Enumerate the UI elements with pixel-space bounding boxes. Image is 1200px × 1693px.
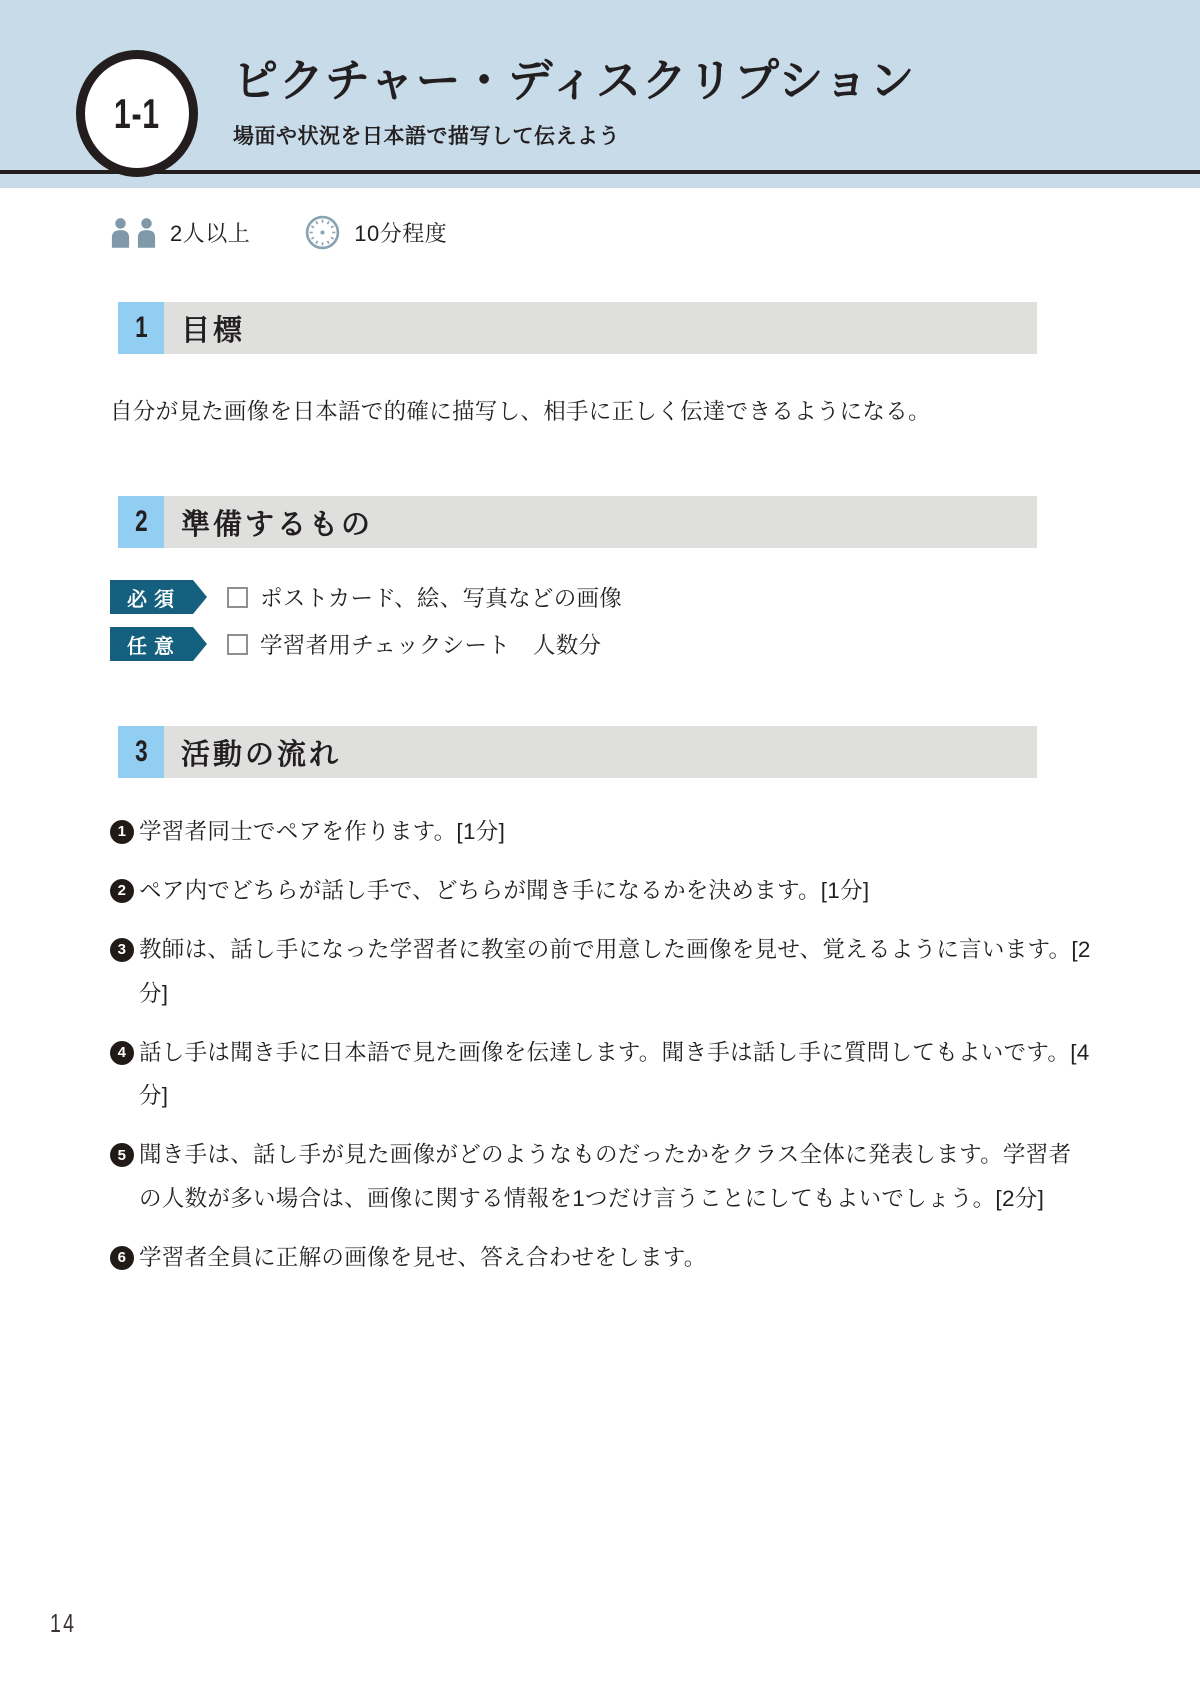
section-title: 目標 — [164, 302, 1037, 354]
material-item-required: 必須 ポストカード、絵、写真などの画像 — [110, 580, 1200, 614]
person-icon — [110, 217, 131, 248]
step-item: 5聞き手は、話し手が見た画像がどのようなものだったかをクラス全体に発表します。学… — [110, 1133, 1092, 1221]
step-item: 1学習者同士でペアを作ります。[1分] — [110, 810, 1092, 854]
person-icon — [136, 217, 157, 248]
step-item: 2ペア内でどちらが話し手で、どちらが聞き手になるかを決めます。[1分] — [110, 869, 1092, 913]
section-number-box: 3 — [118, 726, 164, 778]
step-text: 学習者同士でペアを作ります。[1分] — [139, 819, 505, 844]
header-divider-line — [0, 170, 1200, 174]
lesson-subtitle: 場面や状況を日本語で描写して伝えよう — [233, 120, 915, 150]
clock-icon — [304, 214, 341, 251]
header-text-block: ピクチャー・ディスクリプション 場面や状況を日本語で描写して伝えよう — [233, 56, 915, 150]
two-people-icon — [110, 217, 157, 248]
materials-section-heading: 2 準備するもの — [118, 496, 1037, 548]
goal-body-text: 自分が見た画像を日本語で的確に描写し、相手に正しく伝達できるようになる。 — [110, 394, 1090, 430]
step-text: 聞き手は、話し手が見た画像がどのようなものだったかをクラス全体に発表します。学習… — [139, 1142, 1071, 1211]
activity-steps-list: 1学習者同士でペアを作ります。[1分] 2ペア内でどちらが話し手で、どちらが聞き… — [110, 810, 1092, 1280]
goal-section-heading: 1 目標 — [118, 302, 1037, 354]
materials-section: 2 準備するもの 必須 ポストカード、絵、写真などの画像 任意 学習者用チェック… — [0, 496, 1200, 661]
lesson-title: ピクチャー・ディスクリプション — [233, 56, 915, 106]
material-item-optional: 任意 学習者用チェックシート 人数分 — [110, 627, 1200, 661]
step-item: 3教師は、話し手になった学習者に教室の前で用意した画像を見せ、覚えるように言いま… — [110, 928, 1092, 1016]
section-number-box: 1 — [118, 302, 164, 354]
section-title: 活動の流れ — [164, 726, 1037, 778]
lesson-number-circle: 1-1 — [76, 50, 198, 177]
step-text: 話し手は聞き手に日本語で見た画像を伝達します。聞き手は話し手に質問してもよいです… — [139, 1040, 1090, 1109]
step-number-badge: 1 — [110, 820, 134, 844]
step-item: 4話し手は聞き手に日本語で見た画像を伝達します。聞き手は話し手に質問してもよいで… — [110, 1031, 1092, 1119]
page-number: 14 — [50, 1608, 76, 1639]
goal-section: 1 目標 自分が見た画像を日本語で的確に描写し、相手に正しく伝達できるようになる… — [0, 302, 1200, 430]
step-number-badge: 2 — [110, 879, 134, 903]
step-number-badge: 6 — [110, 1246, 134, 1270]
page: 1-1 ピクチャー・ディスクリプション 場面や状況を日本語で描写して伝えよう 2… — [0, 0, 1200, 1693]
step-text: ペア内でどちらが話し手で、どちらが聞き手になるかを決めます。[1分] — [139, 878, 869, 903]
section-number: 3 — [135, 735, 148, 769]
step-text: 教師は、話し手になった学習者に教室の前で用意した画像を見せ、覚えるように言います… — [139, 937, 1091, 1006]
activity-section: 3 活動の流れ 1学習者同士でペアを作ります。[1分] 2ペア内でどちらが話し手… — [0, 726, 1200, 1280]
checkbox-icon — [227, 634, 248, 655]
section-number-box: 2 — [118, 496, 164, 548]
lesson-id: 1-1 — [114, 90, 160, 138]
step-text: 学習者全員に正解の画像を見せ、答え合わせをします。 — [139, 1245, 707, 1270]
required-badge: 必須 — [110, 580, 207, 614]
optional-badge: 任意 — [110, 627, 207, 661]
meta-row: 2人以上 — [110, 214, 1200, 250]
material-item-label: ポストカード、絵、写真などの画像 — [260, 581, 622, 613]
duration-label: 10分程度 — [354, 217, 447, 248]
step-number-badge: 5 — [110, 1143, 134, 1167]
step-item: 6学習者全員に正解の画像を見せ、答え合わせをします。 — [110, 1236, 1092, 1280]
lesson-header: 1-1 ピクチャー・ディスクリプション 場面や状況を日本語で描写して伝えよう — [0, 0, 1200, 188]
step-number-badge: 3 — [110, 938, 134, 962]
section-title: 準備するもの — [164, 496, 1037, 548]
activity-section-heading: 3 活動の流れ — [118, 726, 1037, 778]
section-number: 2 — [135, 505, 148, 539]
section-number: 1 — [135, 311, 148, 345]
participants-label: 2人以上 — [170, 217, 250, 248]
step-number-badge: 4 — [110, 1041, 134, 1065]
material-item-label: 学習者用チェックシート 人数分 — [260, 628, 601, 660]
checkbox-icon — [227, 587, 248, 608]
